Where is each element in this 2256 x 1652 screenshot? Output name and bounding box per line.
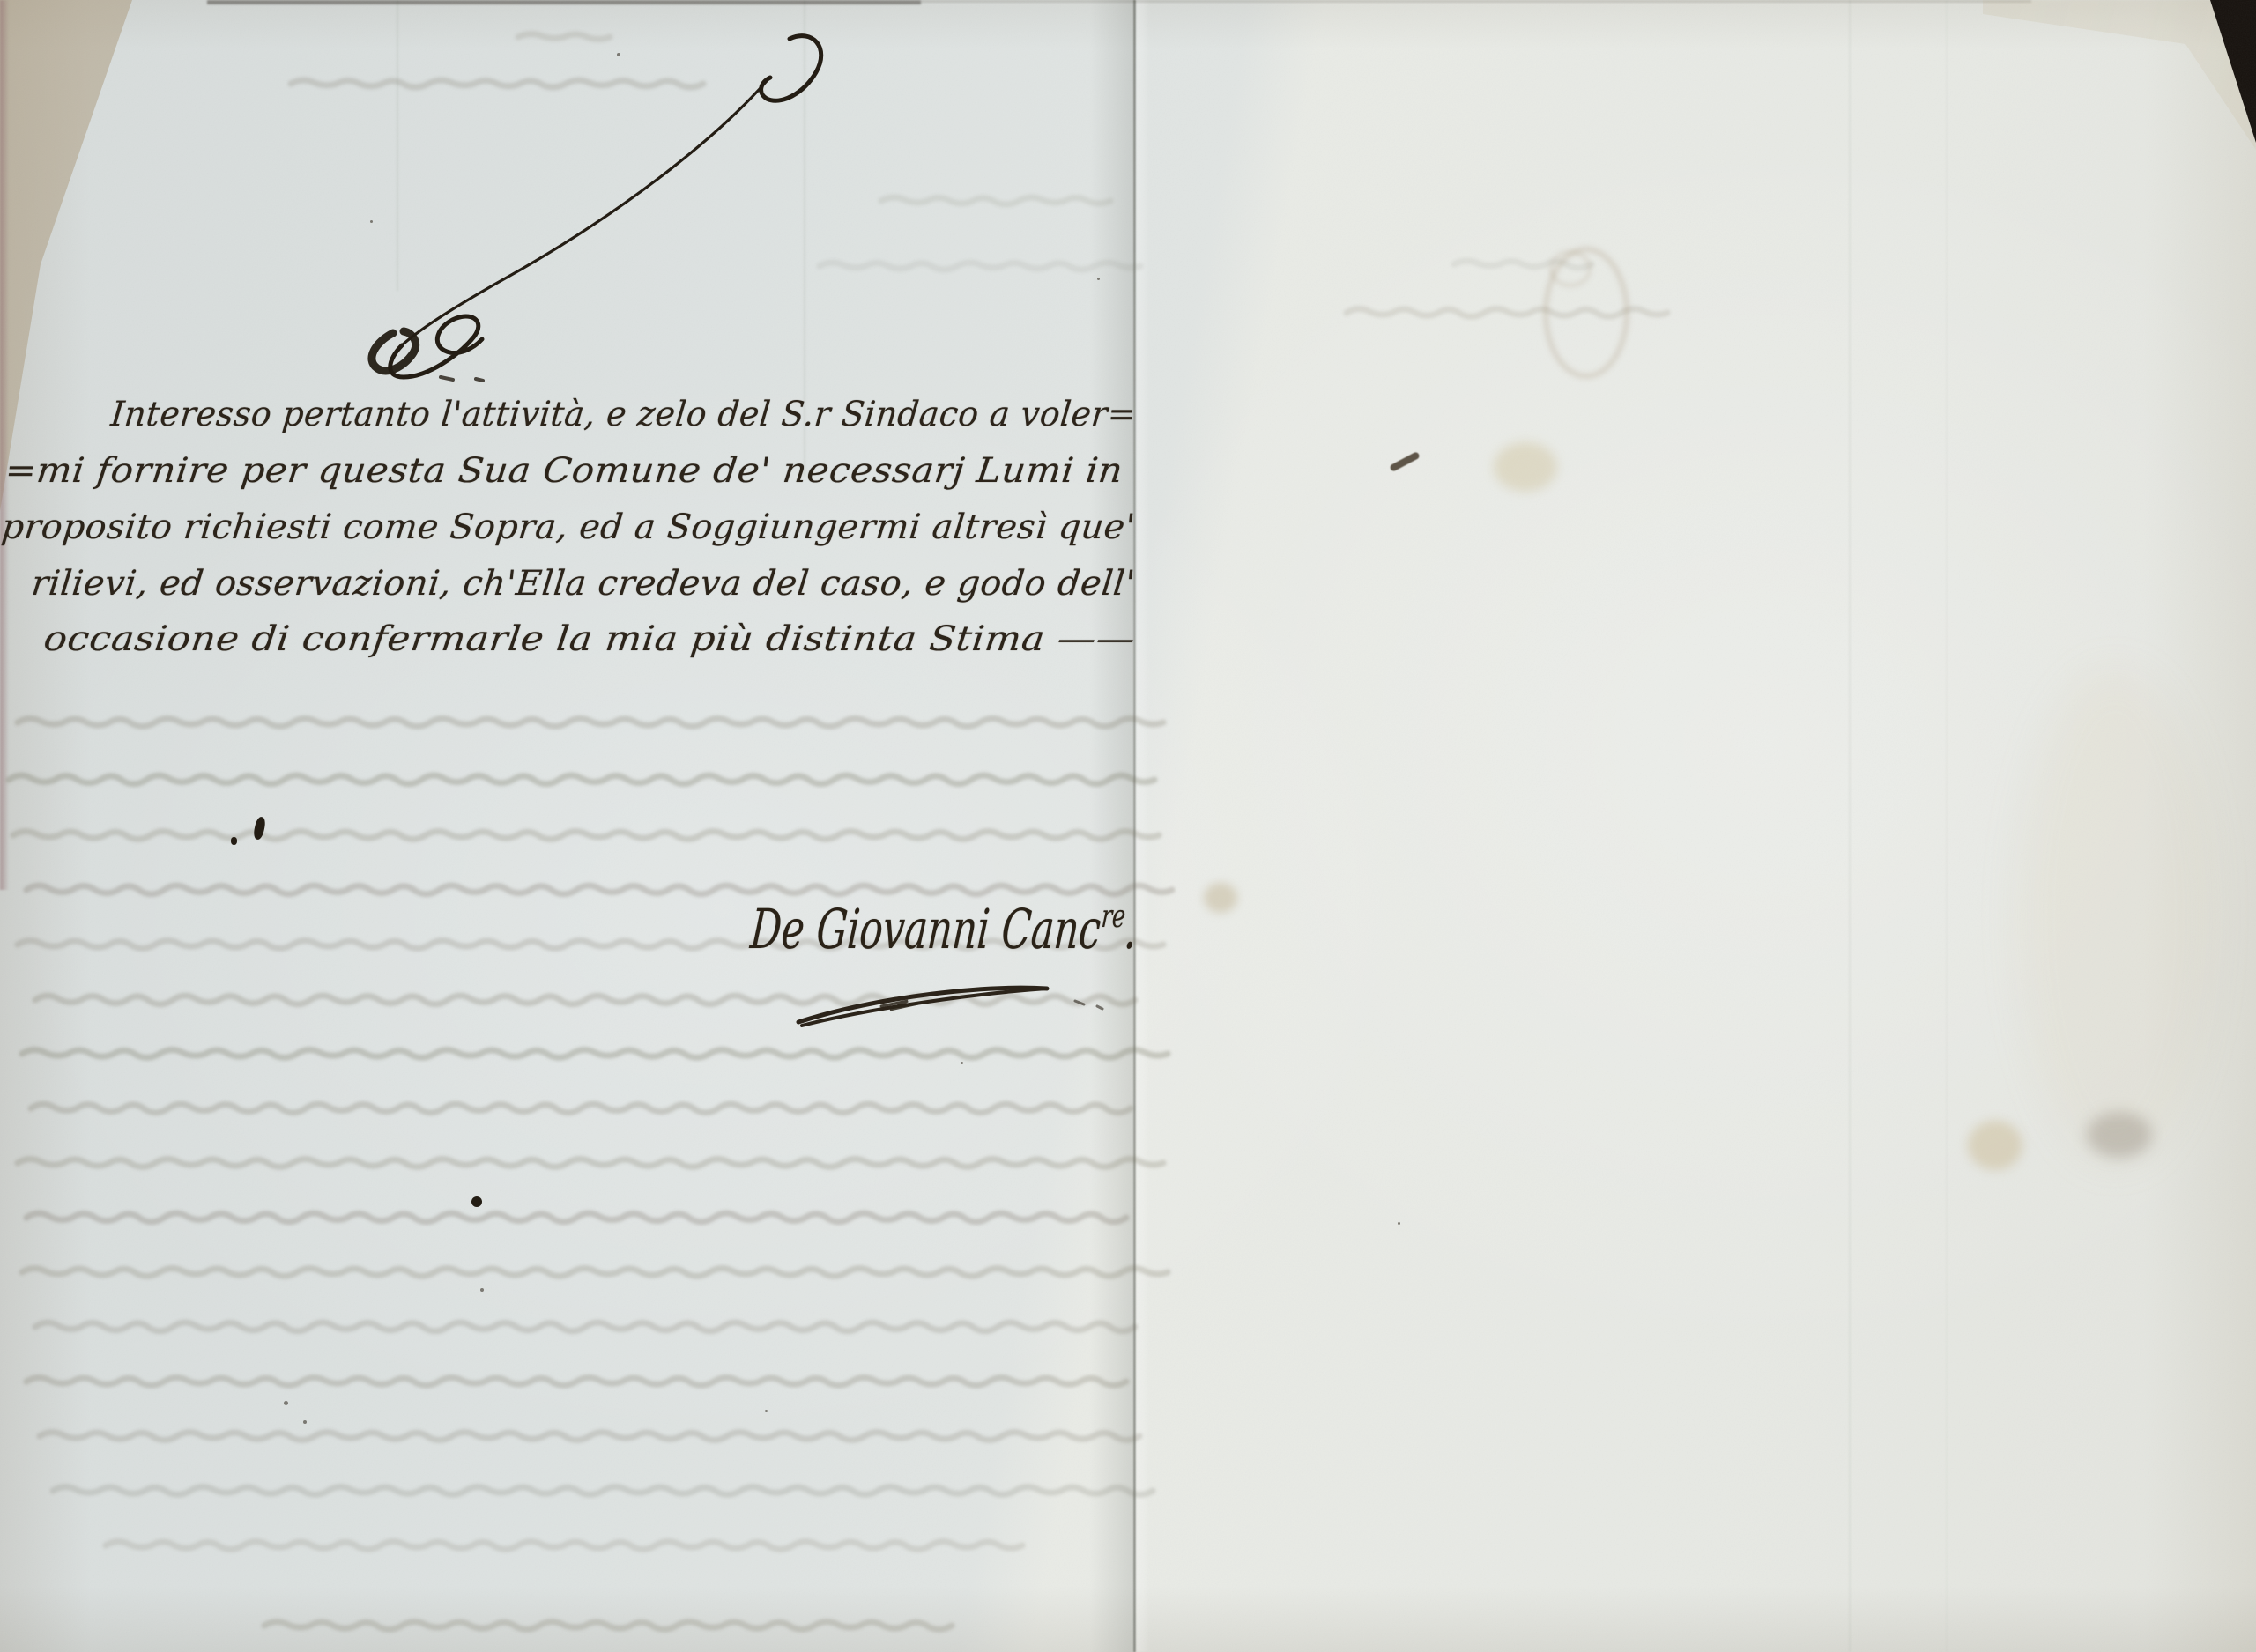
paper-stain [1204,883,1237,913]
paper-crease [1849,0,1851,1652]
speck [370,220,373,223]
photo-edge-left [0,0,9,890]
center-fold-shadow [1089,0,1135,1652]
speck [480,1288,484,1292]
speck [284,1401,288,1405]
photo-edge-top [207,0,921,4]
signature-superscript: re [1100,899,1126,935]
speck [765,1410,768,1412]
speck [1398,1222,1400,1225]
center-fold-highlight [1137,0,1151,1652]
signature-text: De Giovanni Cancre. [748,897,1139,961]
manuscript-line-text: =mi fornire per questa Sua Comune de' ne… [3,451,1124,491]
manuscript-line: rilievi, ed osservazioni, ch'Ella credev… [32,564,1135,604]
manuscript-line-text: occasione di confermarle la mia più dist… [41,619,1137,659]
manuscript-line-text: Interesso pertanto l'attività, e zelo de… [109,395,1139,434]
manuscript-line: Interesso pertanto l'attività, e zelo de… [111,395,1136,434]
speck [1097,278,1100,280]
paper-crease [397,0,398,291]
ink-blot [231,837,237,845]
signature: De Giovanni Cancre. [751,897,1137,961]
center-fold-crease [1133,0,1136,1652]
speck [961,1062,963,1064]
photo-edge-top [921,0,2031,3]
paper-discoloration [2018,670,2212,1163]
manuscript-line: proposito richiesti come Sopra, ed a Sog… [2,507,1135,547]
manuscript-line: =mi fornire per questa Sua Comune de' ne… [5,451,1123,491]
ink-dot [471,1196,482,1207]
manuscript-line-text: proposito richiesti come Sopra, ed a Sog… [0,507,1137,547]
paper-stain [1968,1121,2022,1170]
manuscript-line: occasione di confermarle la mia più dist… [44,619,1135,659]
paper-stain [1494,442,1557,492]
speck [617,53,620,56]
paper-crease [1946,0,1948,1652]
manuscript-photo: Interesso pertanto l'attività, e zelo de… [0,0,2256,1652]
manuscript-line-text: rilievi, ed osservazioni, ch'Ella credev… [30,564,1138,604]
speck [303,1420,307,1424]
